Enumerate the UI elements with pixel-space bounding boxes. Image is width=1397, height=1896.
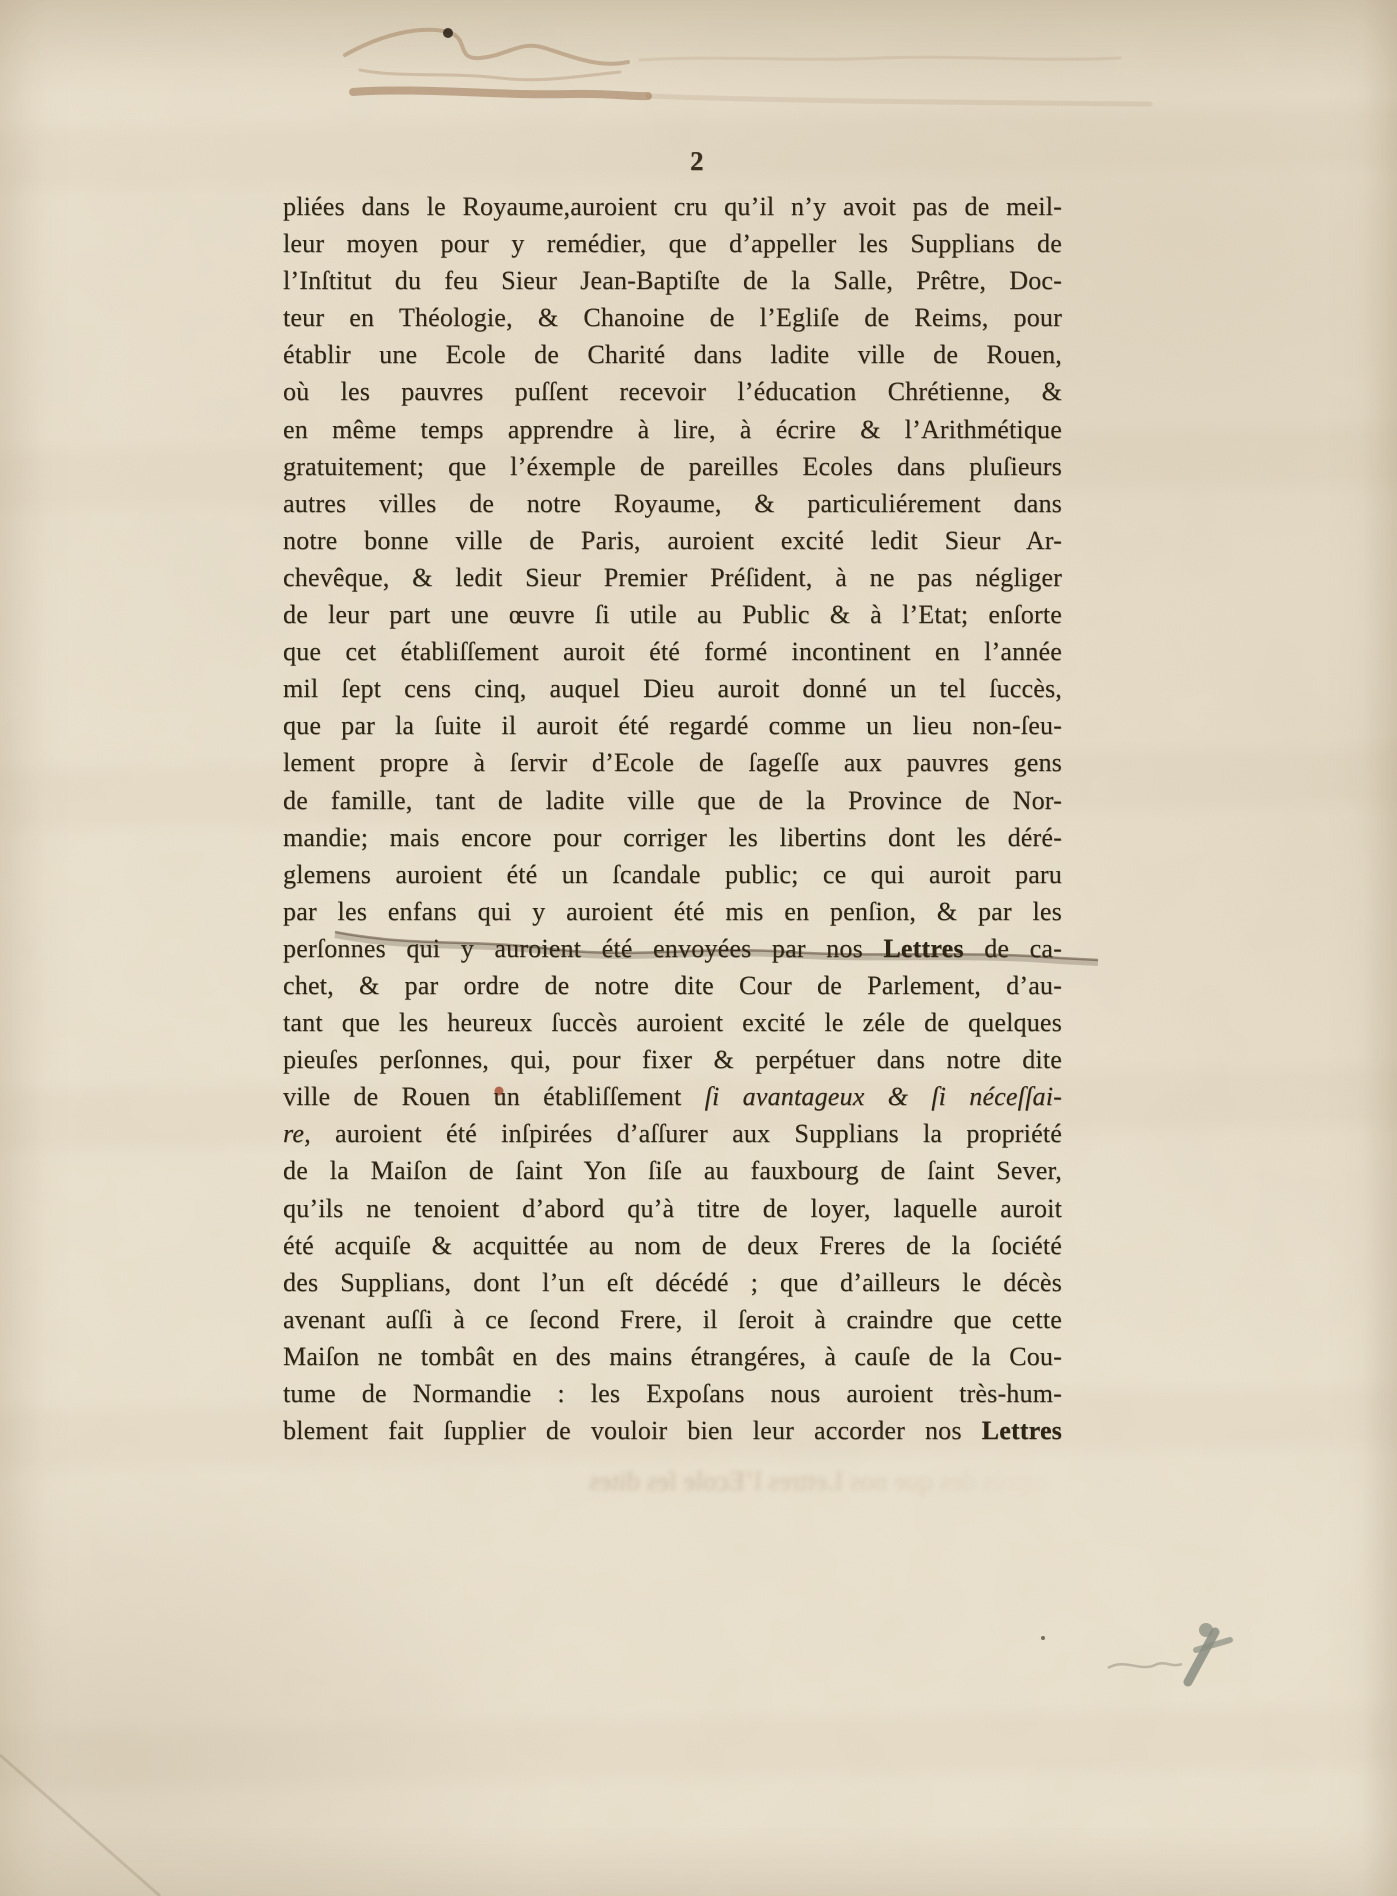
text-segment: teur en Théologie, & Chanoine de l’Egliſ… — [283, 303, 1062, 332]
text-segment: que cet établiſſement auroit été formé i… — [283, 637, 1062, 666]
text-segment: perſonnes qui y auroient été envoyées pa… — [283, 934, 883, 963]
text-segment: ville de Rouen un établiſſement — [283, 1082, 705, 1111]
text-line: où les pauvres puſſent recevoir l’éducat… — [283, 373, 1062, 410]
text-segment: de la Maiſon de ſaint Yon ſiſe au fauxbo… — [283, 1156, 1062, 1185]
show-through-text: ets auprès des que nos Lettres l’Ecole ſ… — [299, 1460, 1090, 1502]
text-segment: de leur part une œuvre ſi utile au Publi… — [283, 600, 1062, 629]
text-segment: Lettres — [982, 1416, 1062, 1445]
text-segment: que par la ſuite il auroit été regardé c… — [283, 711, 1062, 740]
text-segment: par les enfans qui y auroient été mis en… — [283, 897, 1062, 926]
text-segment: Maiſon ne tombât en des mains étrangéres… — [283, 1342, 1062, 1371]
text-line: qu’ils ne tenoient d’abord qu’à titre de… — [283, 1190, 1062, 1227]
text-line: en même temps apprendre à lire, à écrire… — [283, 411, 1062, 448]
ink-smear-stain — [353, 90, 1150, 104]
text-line: été acquiſe & acquittée au nom de deux F… — [283, 1227, 1062, 1264]
text-segment: établir une Ecole de Charité dans ladite… — [283, 340, 1062, 369]
text-line: ville de Rouen un établiſſement ſi avant… — [283, 1078, 1062, 1115]
text-segment: gratuitement; que l’éxemple de pareilles… — [283, 452, 1062, 481]
text-block: pliées dans le Royaume,auroient cru qu’i… — [283, 188, 1062, 1449]
text-segment: notre bonne ville de Paris, auroient exc… — [283, 526, 1062, 555]
ink-dot — [443, 28, 453, 38]
document-page: 2 pliées dans le Royaume,auroient cru qu… — [0, 0, 1397, 1896]
text-segment: de ca- — [964, 934, 1062, 963]
text-line: chevêque, & ledit Sieur Premier Préſiden… — [283, 559, 1062, 596]
text-line: que cet établiſſement auroit été formé i… — [283, 633, 1062, 670]
text-line: autres villes de notre Royaume, & partic… — [283, 485, 1062, 522]
text-line: chet, & par ordre de notre dite Cour de … — [283, 967, 1062, 1004]
text-segment: pliées dans le Royaume,auroient cru qu’i… — [283, 192, 1062, 221]
text-line: glemens auroient été un ſcandale public;… — [283, 856, 1062, 893]
text-line: mil ſept cens cinq, auquel Dieu auroit d… — [283, 670, 1062, 707]
text-line: Maiſon ne tombât en des mains étrangéres… — [283, 1338, 1062, 1375]
text-line: avenant auſſi à ce ſecond Frere, il ſero… — [283, 1301, 1062, 1338]
text-segment: où les pauvres puſſent recevoir l’éducat… — [283, 377, 1062, 406]
text-line: tume de Normandie : les Expoſans nous au… — [283, 1375, 1062, 1412]
text-segment: ſi avantageux & ſi néceſſai- — [705, 1082, 1062, 1111]
text-segment: mandie; mais encore pour corriger les li… — [283, 823, 1062, 852]
text-segment: été acquiſe & acquittée au nom de deux F… — [283, 1231, 1062, 1260]
text-segment: qu’ils ne tenoient d’abord qu’à titre de… — [283, 1194, 1062, 1223]
text-segment: pieuſes perſonnes, qui, pour fixer & per… — [283, 1045, 1062, 1074]
text-segment: tume de Normandie : les Expoſans nous au… — [283, 1379, 1062, 1408]
corner-fold-shadow — [0, 1755, 160, 1896]
text-line: teur en Théologie, & Chanoine de l’Egliſ… — [283, 299, 1062, 336]
text-segment: chevêque, & ledit Sieur Premier Préſiden… — [283, 563, 1062, 592]
text-segment: l’Inſtitut du feu Sieur Jean-Baptiſte de… — [283, 266, 1062, 295]
text-line: blement fait ſupplier de vouloir bien le… — [283, 1412, 1062, 1449]
text-line: lement propre à ſervir d’Ecole de ſageſſ… — [283, 744, 1062, 781]
text-segment: lement propre à ſervir d’Ecole de ſageſſ… — [283, 748, 1062, 777]
text-line: perſonnes qui y auroient été envoyées pa… — [283, 930, 1062, 967]
text-line: leur moyen pour y remédier, que d’appell… — [283, 225, 1062, 262]
text-line: pliées dans le Royaume,auroient cru qu’i… — [283, 188, 1062, 225]
text-segment: tant que les heureux ſuccès auroient exc… — [283, 1008, 1062, 1037]
text-line: par les enfans qui y auroient été mis en… — [283, 893, 1062, 930]
text-segment: en même temps apprendre à lire, à écrire… — [283, 415, 1062, 444]
text-segment: des Supplians, dont l’un eſt décédé ; qu… — [283, 1268, 1062, 1297]
dark-speck — [1041, 1636, 1045, 1640]
text-segment: glemens auroient été un ſcandale public;… — [283, 860, 1062, 889]
text-segment: leur moyen pour y remédier, que d’appell… — [283, 229, 1062, 258]
text-segment: auroient été inſpirées d’aſſurer aux Sup… — [311, 1119, 1062, 1148]
text-line: que par la ſuite il auroit été regardé c… — [283, 707, 1062, 744]
text-line: des Supplians, dont l’un eſt décédé ; qu… — [283, 1264, 1062, 1301]
text-line: tant que les heureux ſuccès auroient exc… — [283, 1004, 1062, 1041]
text-line: re, auroient été inſpirées d’aſſurer aux… — [283, 1115, 1062, 1152]
text-line: pieuſes perſonnes, qui, pour fixer & per… — [283, 1041, 1062, 1078]
text-segment: avenant auſſi à ce ſecond Frere, il ſero… — [283, 1305, 1062, 1334]
text-segment: mil ſept cens cinq, auquel Dieu auroit d… — [283, 674, 1062, 703]
text-line: de leur part une œuvre ſi utile au Publi… — [283, 596, 1062, 633]
text-segment: Lettres — [883, 934, 963, 963]
text-segment: chet, & par ordre de notre dite Cour de … — [283, 971, 1062, 1000]
text-line: l’Inſtitut du feu Sieur Jean-Baptiſte de… — [283, 262, 1062, 299]
page-number: 2 — [690, 146, 704, 177]
text-segment: re, — [283, 1119, 311, 1148]
text-segment: autres villes de notre Royaume, & partic… — [283, 489, 1062, 518]
grey-mark — [1041, 1623, 1230, 1682]
text-line: notre bonne ville de Paris, auroient exc… — [283, 522, 1062, 559]
text-line: établir une Ecole de Charité dans ladite… — [283, 336, 1062, 373]
text-line: de famille, tant de ladite ville que de … — [283, 782, 1062, 819]
text-line: gratuitement; que l’éxemple de pareilles… — [283, 448, 1062, 485]
text-segment: blement fait ſupplier de vouloir bien le… — [283, 1416, 982, 1445]
ink-scribble-stain — [345, 28, 1120, 80]
text-line: de la Maiſon de ſaint Yon ſiſe au fauxbo… — [283, 1152, 1062, 1189]
text-segment: de famille, tant de ladite ville que de … — [283, 786, 1062, 815]
text-line: mandie; mais encore pour corriger les li… — [283, 819, 1062, 856]
